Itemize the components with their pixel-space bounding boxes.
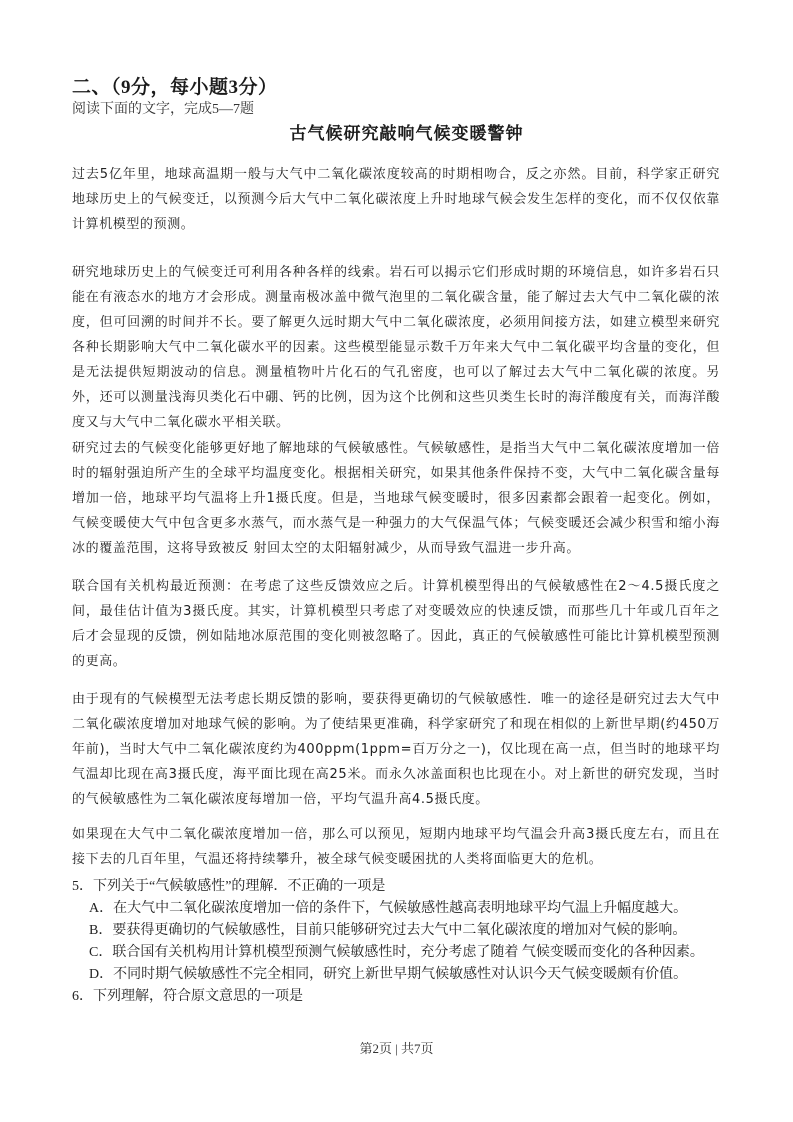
article-paragraph-4: 联合国有关机构最近预测：在考虑了这些反馈效应之后。计算机模型得出的气候敏感性在2… xyxy=(72,574,720,674)
article-paragraph-3: 研究过去的气候变化能够更好地了解地球的气候敏感性。气候敏感性，是指当大气中二氧化… xyxy=(72,436,720,561)
reading-instruction: 阅读下面的文字，完成5—7题 xyxy=(72,98,254,118)
question-5-option-c: C．联合国有关机构用计算机模型预测气候敏感性时，充分考虑了随着 气候变暖而变化的… xyxy=(72,942,732,964)
question-5-option-d: D．不同时期气候敏感性不完全相同，研究上新世早期气候敏感性对认识今天气候变暖颇有… xyxy=(72,964,732,986)
article-paragraph-6: 如果现在大气中二氧化碳浓度增加一倍，那么可以预见，短期内地球平均气温会升高3摄氏… xyxy=(72,822,720,872)
article-title: 古气候研究敲响气候变暖警钟 xyxy=(0,119,793,144)
question-6-stem: 6．下列理解，符合原文意思的一项是 xyxy=(72,986,732,1008)
article-paragraph-1: 过去5亿年里，地球高温期一般与大气中二氧化碳浓度较高的时期相吻合，反之亦然。目前… xyxy=(72,162,720,237)
article-paragraph-5: 由于现有的气候模型无法考虑长期反馈的影响，要获得更确切的气候敏感性．唯一的途径是… xyxy=(72,687,720,812)
article-paragraph-2: 研究地球历史上的气候变迁可利用各种各样的线索。岩石可以揭示它们形成时期的环境信息… xyxy=(72,260,720,435)
question-list: 5．下列关于“气候敏感性”的理解．不正确的一项是 A．在大气中二氧化碳浓度增加一… xyxy=(72,876,732,1008)
question-5-option-a: A．在大气中二氧化碳浓度增加一倍的条件下，气候敏感性越高表明地球平均气温上升幅度… xyxy=(72,898,732,920)
section-heading: 二、（9分，每小题3分） xyxy=(72,72,278,99)
page-footer: 第2页 | 共7页 xyxy=(0,1038,793,1057)
question-5-option-b: B．要获得更确切的气候敏感性，目前只能够研究过去大气中二氧化碳浓度的增加对气候的… xyxy=(72,920,732,942)
question-5-stem: 5．下列关于“气候敏感性”的理解．不正确的一项是 xyxy=(72,876,732,898)
